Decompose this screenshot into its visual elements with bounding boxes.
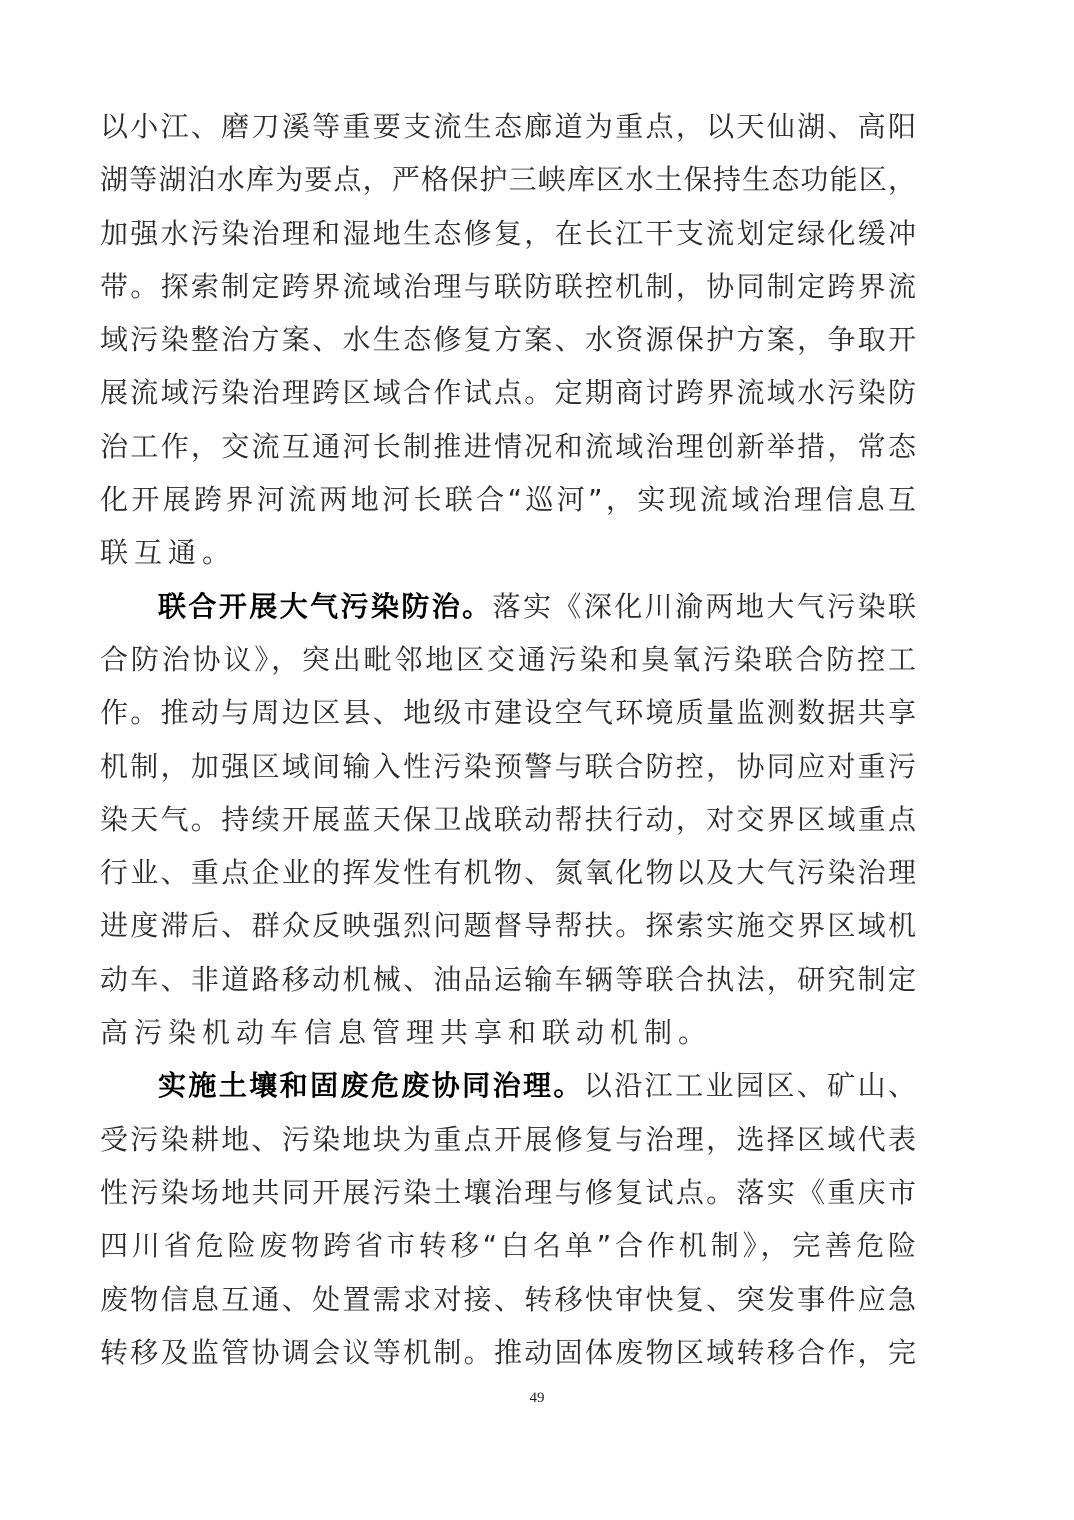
text-line: 联互通。	[100, 526, 916, 579]
text-run: 以沿江工业园区、矿山、	[584, 1069, 916, 1102]
text-line: 性污染场地共同开展污染土壤治理与修复试点。落实《重庆市	[100, 1166, 916, 1219]
text-run: 落实《深化川渝两地大气污染联	[493, 590, 916, 623]
text-line: 染天气。持续开展蓝天保卫战联动帮扶行动，对交界区域重点	[100, 793, 916, 846]
document-body: 以小江、磨刀溪等重要支流生态廊道为重点，以天仙湖、高阳 湖等湖泊水库为要点，严格…	[100, 100, 916, 1379]
text-line: 展流域污染治理跨区域合作试点。定期商讨跨界流域水污染防	[100, 366, 916, 419]
text-line: 进度滞后、群众反映强烈问题督导帮扶。探索实施交界区域机	[100, 899, 916, 952]
text-line: 治工作，交流互通河长制推进情况和流域治理创新举措，常态	[100, 420, 916, 473]
paragraph-first-line: 联合开展大气污染防治。落实《深化川渝两地大气污染联	[100, 580, 916, 633]
section-heading: 联合开展大气污染防治。	[158, 590, 493, 623]
text-line: 四川省危险废物跨省市转移“白名单”合作机制》，完善危险	[100, 1219, 916, 1272]
text-line: 废物信息互通、处置需求对接、转移快审快复、突发事件应急	[100, 1273, 916, 1326]
text-line: 动车、非道路移动机械、油品运输车辆等联合执法，研究制定	[100, 953, 916, 1006]
text-line: 域污染整治方案、水生态修复方案、水资源保护方案，争取开	[100, 313, 916, 366]
text-line: 加强水污染治理和湿地生态修复，在长江干支流划定绿化缓冲	[100, 207, 916, 260]
page-number: 49	[0, 1390, 1074, 1407]
text-line: 带。探索制定跨界流域治理与联防联控机制，协同制定跨界流	[100, 260, 916, 313]
text-line: 化开展跨界河流两地河长联合“巡河”，实现流域治理信息互	[100, 473, 916, 526]
paragraph-first-line: 实施土壤和固废危废协同治理。以沿江工业园区、矿山、	[100, 1059, 916, 1112]
text-line: 湖等湖泊水库为要点，严格保护三峡库区水土保持生态功能区，	[100, 153, 916, 206]
text-line: 作。推动与周边区县、地级市建设空气环境质量监测数据共享	[100, 686, 916, 739]
text-line: 以小江、磨刀溪等重要支流生态廊道为重点，以天仙湖、高阳	[100, 100, 916, 153]
section-heading: 实施土壤和固废危废协同治理。	[158, 1069, 584, 1102]
text-line: 行业、重点企业的挥发性有机物、氮氧化物以及大气污染治理	[100, 846, 916, 899]
text-line: 转移及监管协调会议等机制。推动固体废物区域转移合作，完	[100, 1326, 916, 1379]
text-line: 机制，加强区域间输入性污染预警与联合防控，协同应对重污	[100, 740, 916, 793]
text-line: 高污染机动车信息管理共享和联动机制。	[100, 1006, 916, 1059]
document-page: 以小江、磨刀溪等重要支流生态廊道为重点，以天仙湖、高阳 湖等湖泊水库为要点，严格…	[0, 0, 1074, 1520]
text-line: 合防治协议》，突出毗邻地区交通污染和臭氧污染联合防控工	[100, 633, 916, 686]
text-line: 受污染耕地、污染地块为重点开展修复与治理，选择区域代表	[100, 1113, 916, 1166]
